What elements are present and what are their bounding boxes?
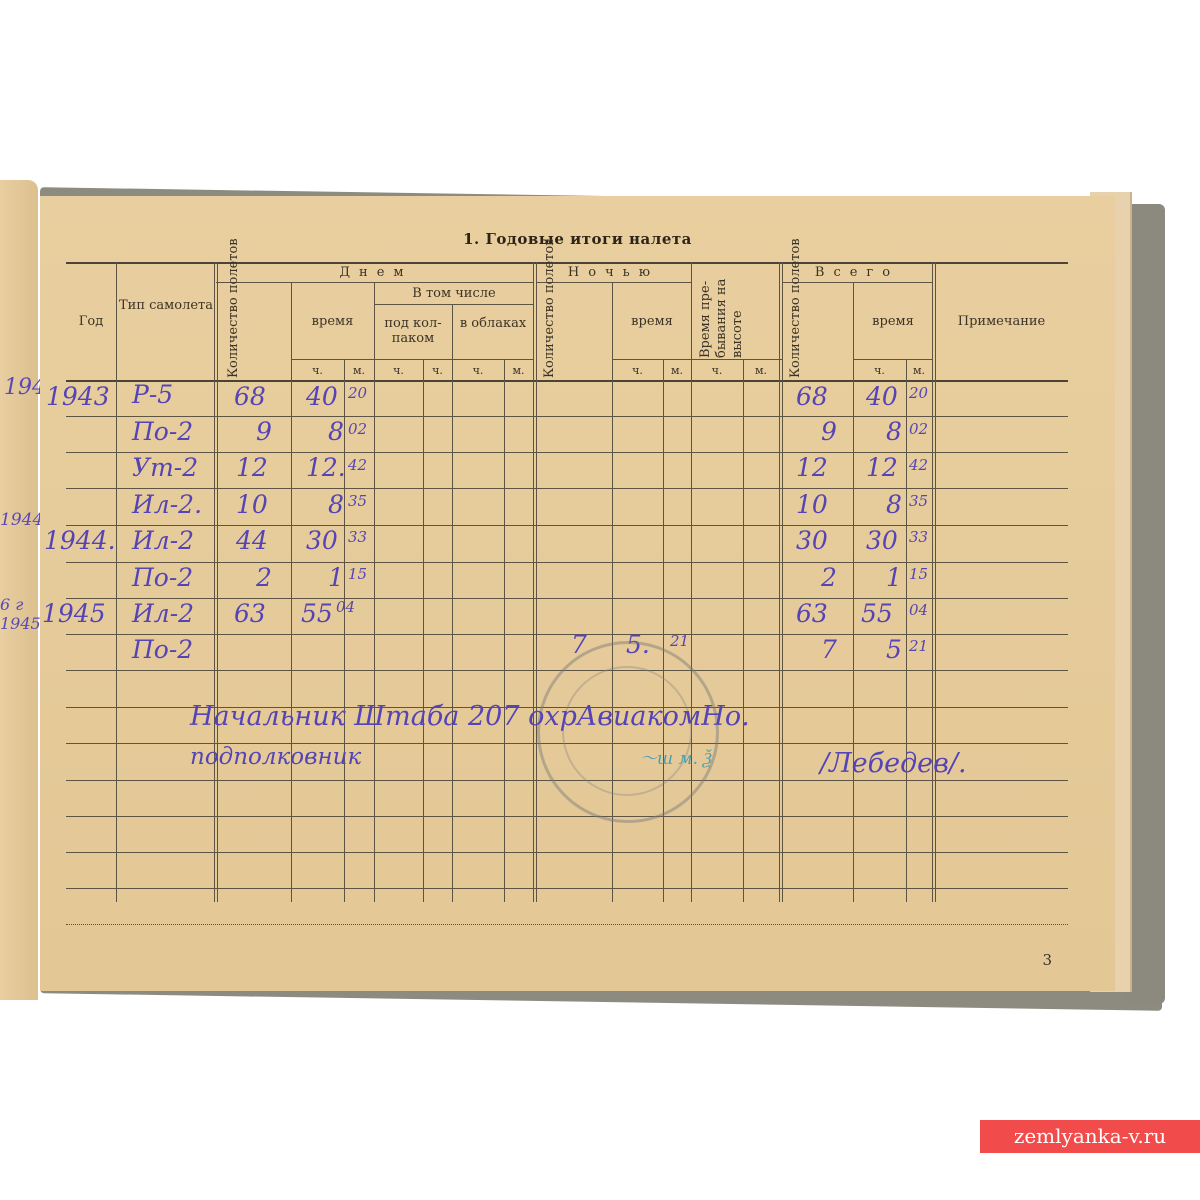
header-year: Год — [66, 314, 116, 329]
header-day: Днем — [218, 265, 534, 280]
header-notes: Примечание — [935, 314, 1068, 329]
page-title: 1. Годовые итоги налета — [40, 230, 1115, 248]
signature-title: Начальник Штаба 207 охрАвиакомНо. — [190, 701, 750, 732]
subheader-h: ч. — [423, 363, 452, 378]
header-night-time: время — [612, 314, 692, 329]
header-day-time: время — [291, 314, 374, 329]
page-number: 3 — [1042, 951, 1052, 969]
header-including: В том числе — [374, 286, 534, 301]
header-total: Всего — [782, 265, 932, 280]
signature-name: /Лебедев/. — [820, 748, 967, 779]
subheader-m: м. — [906, 363, 932, 378]
header-total-time: время — [853, 314, 933, 329]
header-under-hood: под кол-паком — [374, 316, 452, 346]
subheader-m: м. — [743, 363, 779, 378]
logbook-page: 1. Годовые итоги налета — [40, 196, 1115, 991]
subheader-h: ч. — [691, 363, 743, 378]
header-in-clouds: в облаках — [452, 316, 534, 331]
subheader-h: ч. — [853, 363, 906, 378]
header-night-count: Количество полетов — [542, 283, 558, 378]
subheader-h: ч. — [612, 363, 663, 378]
subheader-m: м. — [344, 363, 374, 378]
handwritten-signature: 〜ш м. Ѯ — [640, 744, 712, 769]
left-page-note: 1944 — [0, 510, 43, 530]
header-total-count: Количество полетов — [788, 283, 804, 378]
subheader-m: м. — [504, 363, 533, 378]
subheader-h: ч. — [374, 363, 423, 378]
header-day-count: Количество полетов — [226, 283, 242, 378]
left-page: 1943 1944 6 г 1945 — [0, 180, 38, 1000]
header-altitude-time: Время пре-бывания на высоте — [698, 268, 746, 358]
subheader-h: ч. — [291, 363, 344, 378]
header-night: Ночью — [536, 265, 691, 280]
left-page-note: 6 г 1945 — [0, 595, 41, 633]
signature-rank: подполковник — [190, 744, 361, 770]
header-aircraft-type: Тип самолета — [118, 298, 214, 313]
subheader-m: м. — [663, 363, 691, 378]
official-stamp — [537, 641, 719, 823]
site-watermark: zemlyanka-v.ru — [980, 1120, 1200, 1153]
subheader-h: ч. — [452, 363, 504, 378]
